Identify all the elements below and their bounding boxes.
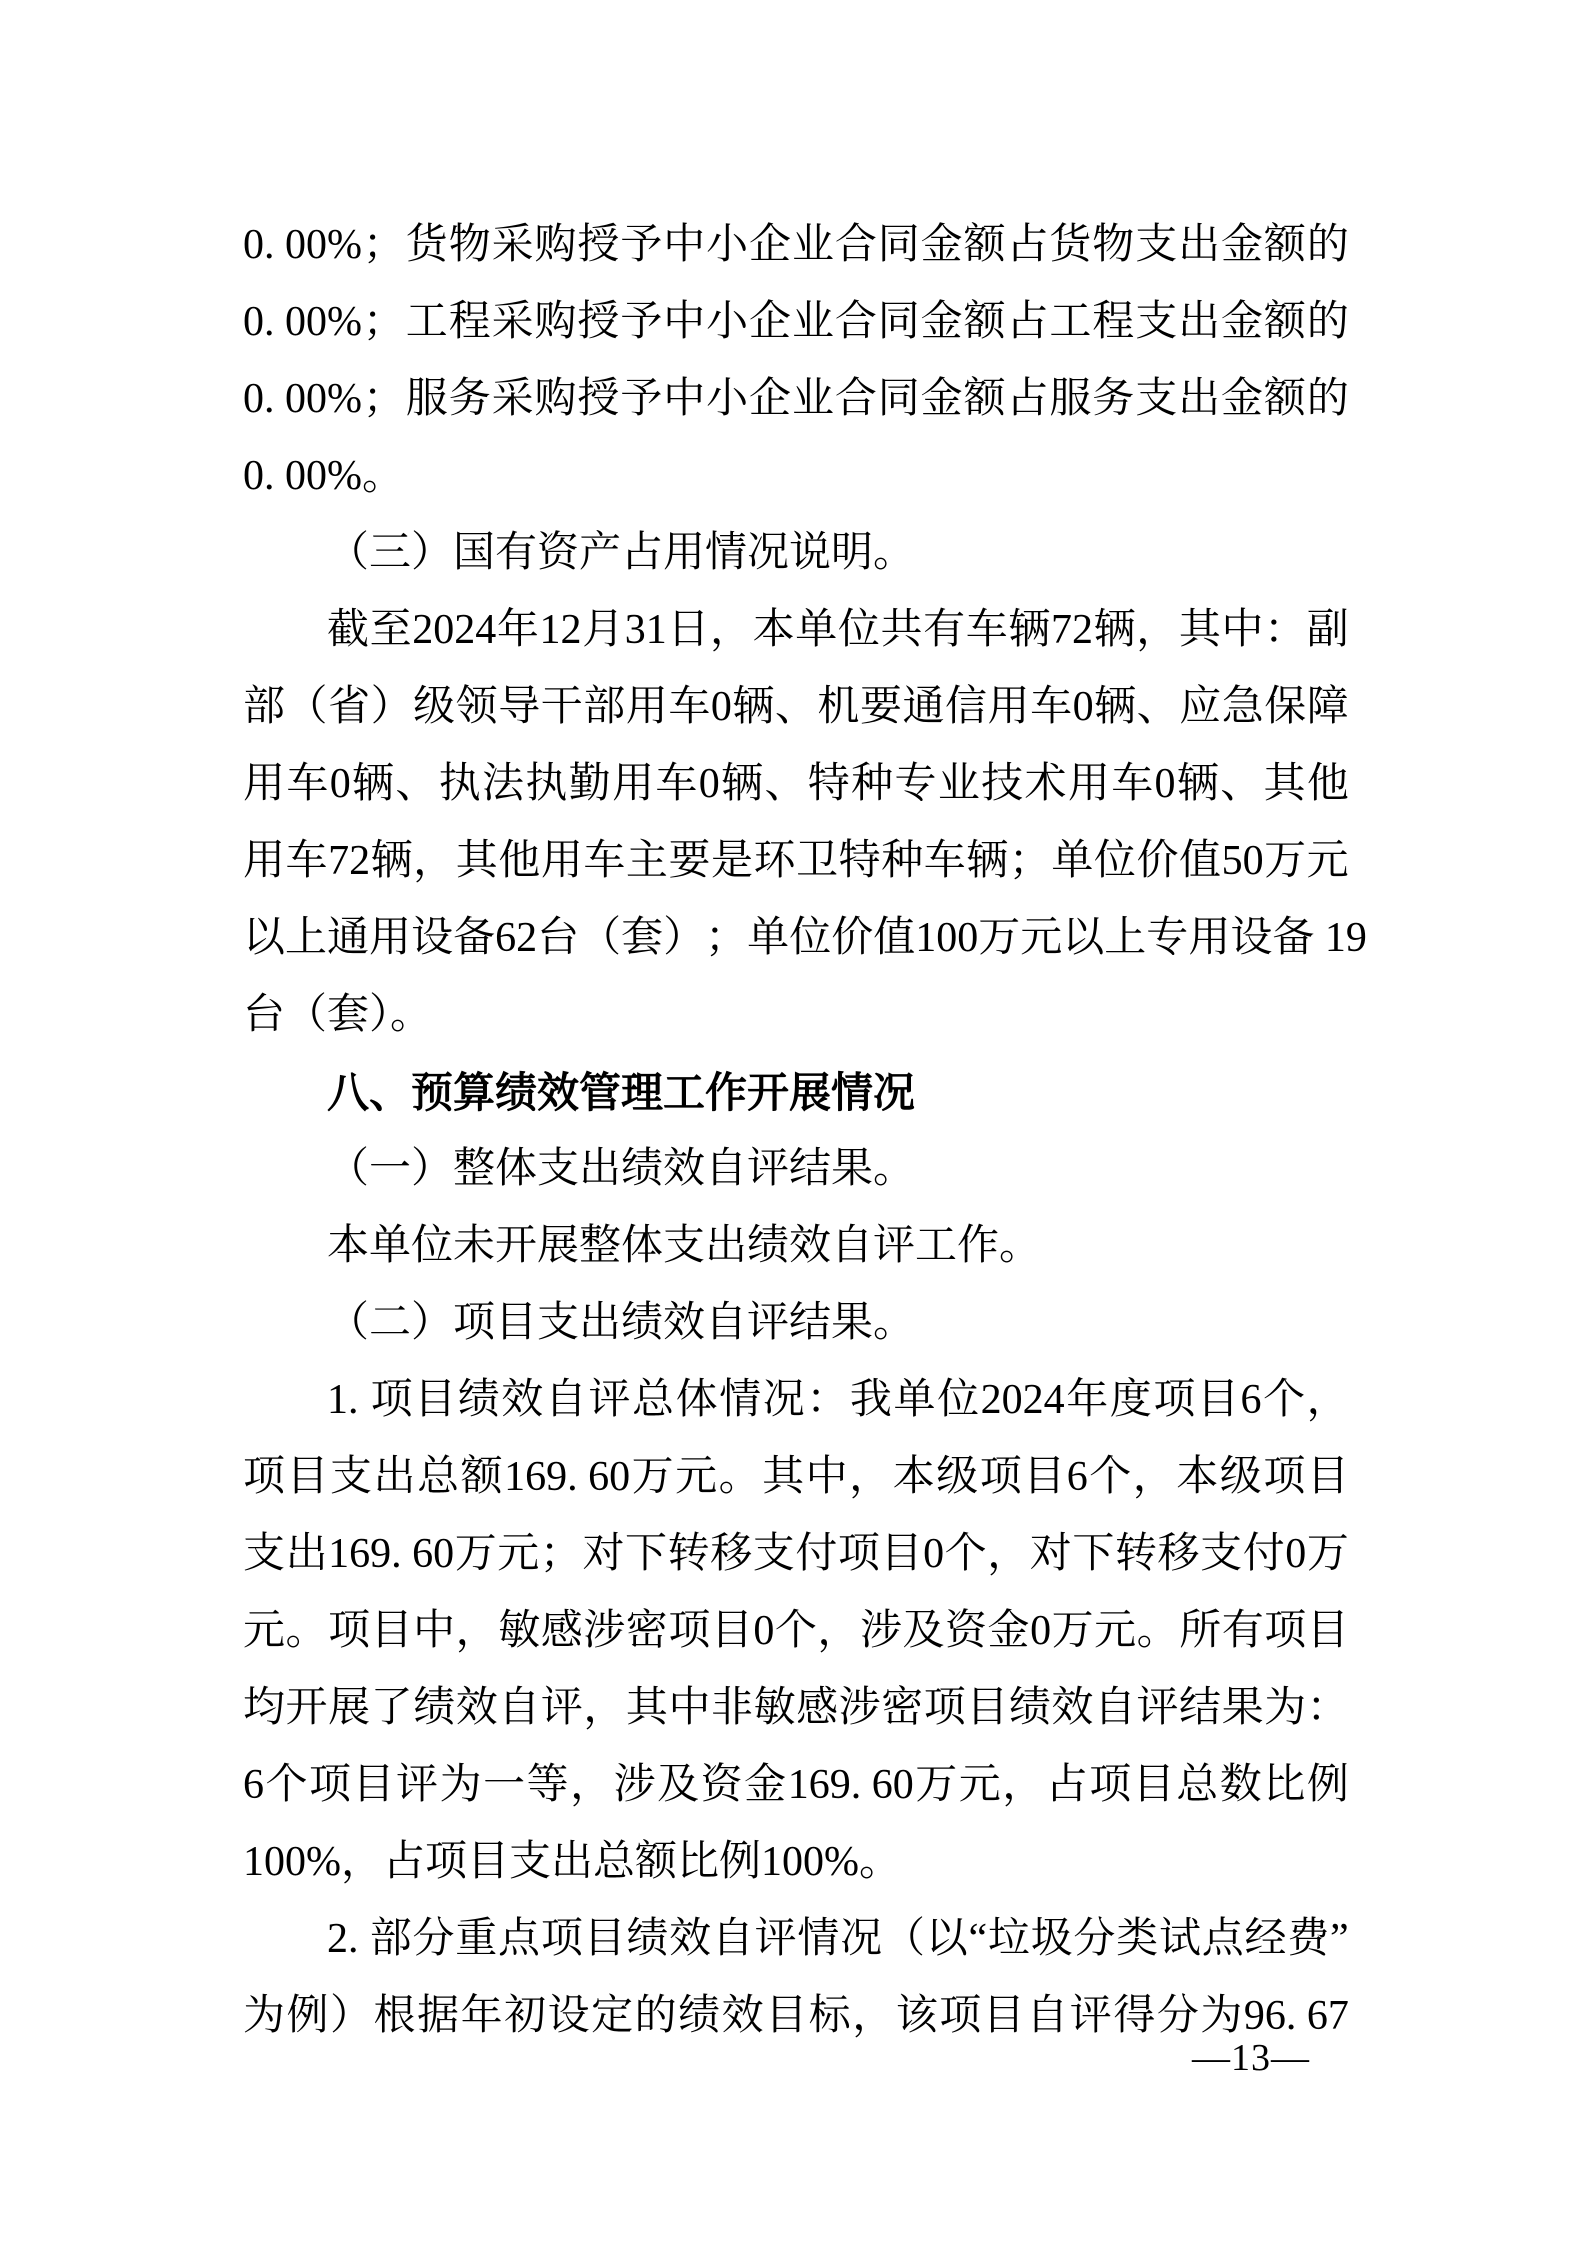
text-line: 1. 项目绩效自评总体情况：我单位2024年度项目6个， (243, 1362, 1349, 1439)
text-line: 2. 部分重点项目绩效自评情况（以“垃圾分类试点经费” (243, 1901, 1349, 1978)
document-page: 0. 00%；货物采购授予中小企业合同金额占货物支出金额的0. 00%；工程采购… (0, 0, 1587, 2245)
page-number: —13— (1192, 2034, 1310, 2082)
text-line: 0. 00%。 (243, 438, 1349, 515)
text-line: 元。项目中，敏感涉密项目0个，涉及资金0万元。所有项目 (243, 1593, 1349, 1670)
text-line: （一）整体支出绩效自评结果。 (243, 1131, 1349, 1208)
text-line: 本单位未开展整体支出绩效自评工作。 (243, 1208, 1349, 1285)
text-line: 用车72辆，其他用车主要是环卫特种车辆；单位价值50万元 (243, 823, 1349, 900)
text-line: 项目支出总额169. 60万元。其中，本级项目6个，本级项目 (243, 1439, 1349, 1516)
text-line: （二）项目支出绩效自评结果。 (243, 1285, 1349, 1362)
text-line: 0. 00%；货物采购授予中小企业合同金额占货物支出金额的 (243, 207, 1349, 284)
text-line: 0. 00%；服务采购授予中小企业合同金额占服务支出金额的 (243, 361, 1349, 438)
text-line: 0. 00%；工程采购授予中小企业合同金额占工程支出金额的 (243, 284, 1349, 361)
section-heading: 八、预算绩效管理工作开展情况 (243, 1054, 1349, 1131)
text-line: 为例）根据年初设定的绩效目标，该项目自评得分为96. 67 (243, 1978, 1349, 2055)
text-line: 以上通用设备62台（套）；单位价值100万元以上专用设备 19 (243, 900, 1349, 977)
text-line: 均开展了绩效自评，其中非敏感涉密项目绩效自评结果为： (243, 1670, 1349, 1747)
text-line: 截至2024年12月31日，本单位共有车辆72辆，其中：副 (243, 592, 1349, 669)
text-line: （三）国有资产占用情况说明。 (243, 515, 1349, 592)
text-line: 支出169. 60万元；对下转移支付项目0个，对下转移支付0万 (243, 1516, 1349, 1593)
text-line: 6个项目评为一等，涉及资金169. 60万元，占项目总数比例 (243, 1747, 1349, 1824)
text-line: 用车0辆、执法执勤用车0辆、特种专业技术用车0辆、其他 (243, 746, 1349, 823)
text-line: 部（省）级领导干部用车0辆、机要通信用车0辆、应急保障 (243, 669, 1349, 746)
text-line: 100%，占项目支出总额比例100%。 (243, 1824, 1349, 1901)
document-body: 0. 00%；货物采购授予中小企业合同金额占货物支出金额的0. 00%；工程采购… (243, 207, 1349, 2055)
text-line: 台（套）。 (243, 977, 1349, 1054)
